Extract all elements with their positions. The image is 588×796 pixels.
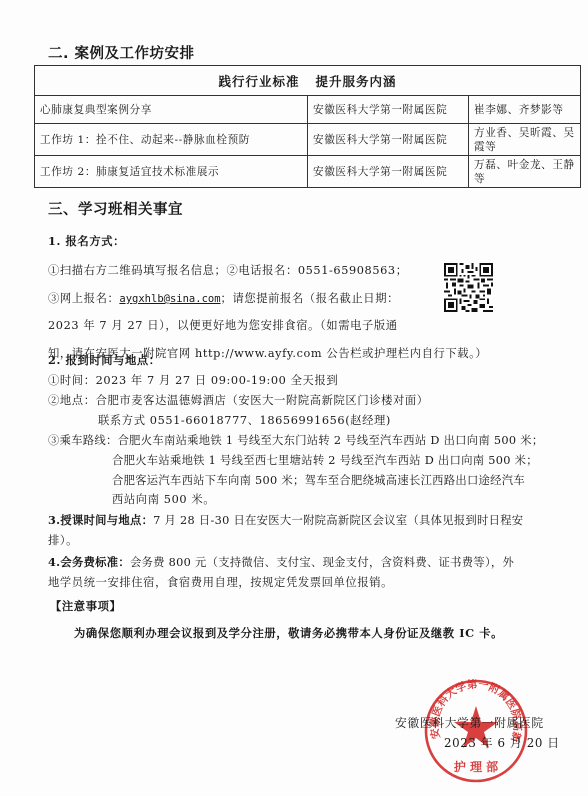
fee-text: 会务费 800 元（支持微信、支付宝、现金支付，含资料费、证书费等），外 <box>130 556 514 569</box>
class-text: 7 月 28 日-30 日在安医大一附院高新院区会议室（具体见报到时日程安 <box>153 514 523 527</box>
class-line2: 排）。 <box>48 532 78 548</box>
signature-date: 2023 年 6 月 20 日 <box>444 734 560 751</box>
topic-cell: 工作坊 2：肺康复适宜技术标准展示 <box>35 156 308 188</box>
fee-line1: 4.会务费标准：会务费 800 元（支持微信、支付宝、现金支付，含资料费、证书费… <box>48 554 514 570</box>
speakers-cell: 崔李娜、齐梦影等 <box>469 96 581 124</box>
table-header: 践行行业标准 提升服务内涵 <box>35 66 581 96</box>
checkin-heading: 2. 报到时间与地点： <box>48 352 161 368</box>
section2-title: 二. 案例及工作坊安排 <box>48 42 195 63</box>
table-row: 工作坊 1：拴不住、动起来--静脉血栓预防 安徽医科大学第一附属医院 方业香、吴… <box>35 124 581 156</box>
speakers-cell: 万磊、叶金龙、王静等 <box>469 156 581 188</box>
route-line4: 西站向南 500 米。 <box>112 491 215 507</box>
topic-cell: 心肺康复典型案例分享 <box>35 96 308 124</box>
schedule-table: 践行行业标准 提升服务内涵 心肺康复典型案例分享 安徽医科大学第一附属医院 崔李… <box>34 65 581 188</box>
route-line2: 合肥火车站乘地铁 1 号线至西七里塘站转 2 号线至汽车西站 D 出口向南 50… <box>112 452 538 468</box>
route-line3: 合肥客运汽车西站下车向南 500 米；驾车至合肥绕城高速长江西路出口途经汽车 <box>112 472 525 488</box>
section3-title: 三、学习班相关事宜 <box>48 198 183 219</box>
registration-line3: 2023 年 7 月 27 日），以便更好地为您安排食宿。（如需电子版通 <box>48 317 398 333</box>
institution-cell: 安徽医科大学第一附属医院 <box>308 96 469 124</box>
email-link[interactable]: aygxhlb@sina.com <box>119 293 220 305</box>
registration-line2: ③网上报名：aygxhlb@sina.com；请您提前报名（报名截止日期： <box>48 290 399 306</box>
notice-title: 【注意事项】 <box>50 598 121 614</box>
signature-org: 安徽医科大学第一附属医院 <box>395 714 544 731</box>
speakers-cell: 方业香、吴昕霞、吴霞等 <box>469 124 581 156</box>
checkin-time: ①时间：2023 年 7 月 27 日 09:00-19:00 全天报到 <box>48 372 338 388</box>
fee-line2: 地学员统一安排住宿，食宿费用自理，按规定凭发票回单位报销。 <box>48 574 393 590</box>
registration-suffix: ；请您提前报名（报名截止日期： <box>221 292 399 305</box>
stamp-dept: 护 理 部 <box>454 759 498 774</box>
fee-label: 4.会务费标准： <box>48 555 130 569</box>
checkin-place: ②地点：合肥市麦客达温德姆酒店（安医大一附院高新院区门诊楼对面） <box>48 392 429 408</box>
class-line1: 3.授课时间与地点：7 月 28 日-30 日在安医大一附院高新院区会议室（具体… <box>48 512 523 528</box>
checkin-contact: 联系方式 0551-66018777、18656991656(赵经理) <box>98 412 391 428</box>
table-row: 工作坊 2：肺康复适宜技术标准展示 安徽医科大学第一附属医院 万磊、叶金龙、王静… <box>35 156 581 188</box>
qr-code-icon[interactable] <box>444 263 493 312</box>
institution-cell: 安徽医科大学第一附属医院 <box>308 156 469 188</box>
registration-line1: ①扫描右方二维码填写报名信息；②电话报名：0551-65908563； <box>48 262 408 278</box>
notice-text: 为确保您顺利办理会议报到及学分注册，敬请务必携带本人身份证及继教 IC 卡。 <box>74 625 503 641</box>
topic-cell: 工作坊 1：拴不住、动起来--静脉血栓预防 <box>35 124 308 156</box>
class-label: 3.授课时间与地点： <box>48 513 153 527</box>
registration-prefix: ③网上报名： <box>48 292 119 305</box>
official-seal-icon: 安徽医科大学第一附属医院高新院区 护 理 部 <box>423 678 529 784</box>
registration-heading: 1. 报名方式： <box>48 233 125 249</box>
route-line1: ③乘车路线：合肥火车南站乘地铁 1 号线至大东门站转 2 号线至汽车西站 D 出… <box>48 432 543 448</box>
institution-cell: 安徽医科大学第一附属医院 <box>308 124 469 156</box>
table-row: 心肺康复典型案例分享 安徽医科大学第一附属医院 崔李娜、齐梦影等 <box>35 96 581 124</box>
table-header-row: 践行行业标准 提升服务内涵 <box>35 66 581 96</box>
